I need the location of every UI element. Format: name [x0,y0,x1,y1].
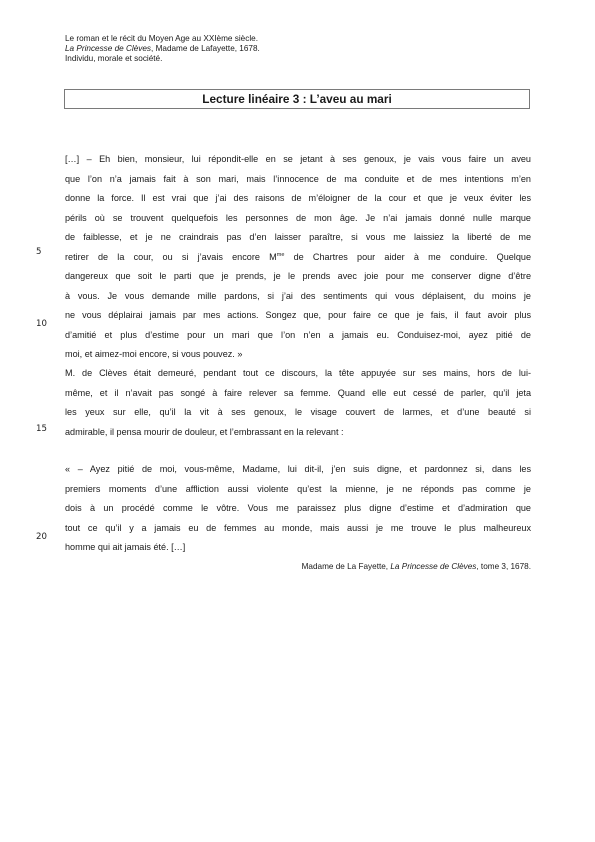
text-line: les yeux sur elle, qu’il la vit à ses ge… [65,403,531,423]
course-theme: Individu, morale et société. [65,54,260,64]
text-line: premiers moments d’une affliction aussi … [65,480,531,500]
text-line: retirer de la cour, ou si j’avais encore… [65,248,531,268]
document-header: Le roman et le récit du Moyen Age au XXI… [65,34,260,65]
text-line: ne vous déplairai jamais par mes actions… [65,306,531,326]
paragraph-2: M. de Clèves était demeuré, pendant tout… [65,364,531,442]
course-unit: Le roman et le récit du Moyen Age au XXI… [65,34,260,44]
text-line: d’amitié et plus d’estime pour un mari q… [65,326,531,346]
paragraph-3: « – Ayez pitié de moi, vous-même, Madame… [65,460,531,558]
text-line: de faiblesse, et je ne craindrais pas d’… [65,228,531,248]
text-line: homme qui ait jamais été. […] [65,538,531,558]
page-title: Lecture linéaire 3 : L’aveu au mari [64,89,530,109]
text-line: même, et il n’avait pas songé à faire re… [65,384,531,404]
work-title: La Princesse de Clèves [390,562,476,571]
text-line: moi, et aimez-moi encore, si vous pouvez… [65,345,531,365]
text-line: dois à un procédé comme le vôtre. Vous m… [65,499,531,519]
source-citation: Madame de La Fayette, La Princesse de Cl… [302,562,531,571]
work-reference: La Princesse de Clèves, Madame de Lafaye… [65,44,260,54]
line-number-10: 10 [36,315,47,335]
text-line: […] – Eh bien, monsieur, lui répondit-el… [65,150,531,170]
line-number-15: 15 [36,420,47,440]
text-line: tout ce qu’il y a jamais eu de femmes au… [65,519,531,539]
line-number-5: 5 [36,243,41,263]
line-number-20: 20 [36,528,47,548]
text-line: que l’on n’a jamais fait à son mari, mai… [65,170,531,190]
text-line: dangereux que soit le parti que je prend… [65,267,531,287]
work-title: La Princesse de Clèves [65,44,151,53]
text-line: donne la force. Il est vrai que j’ai des… [65,189,531,209]
text-line: « – Ayez pitié de moi, vous-même, Madame… [65,460,531,480]
paragraph-1: […] – Eh bien, monsieur, lui répondit-el… [65,150,531,365]
text-line: M. de Clèves était demeuré, pendant tout… [65,364,531,384]
text-line: à vous. Je vous demande mille pardons, s… [65,287,531,307]
text-line: périls où se trouvent quelquefois les pe… [65,209,531,229]
text-line: admirable, il pensa mourir de douleur, e… [65,423,531,443]
